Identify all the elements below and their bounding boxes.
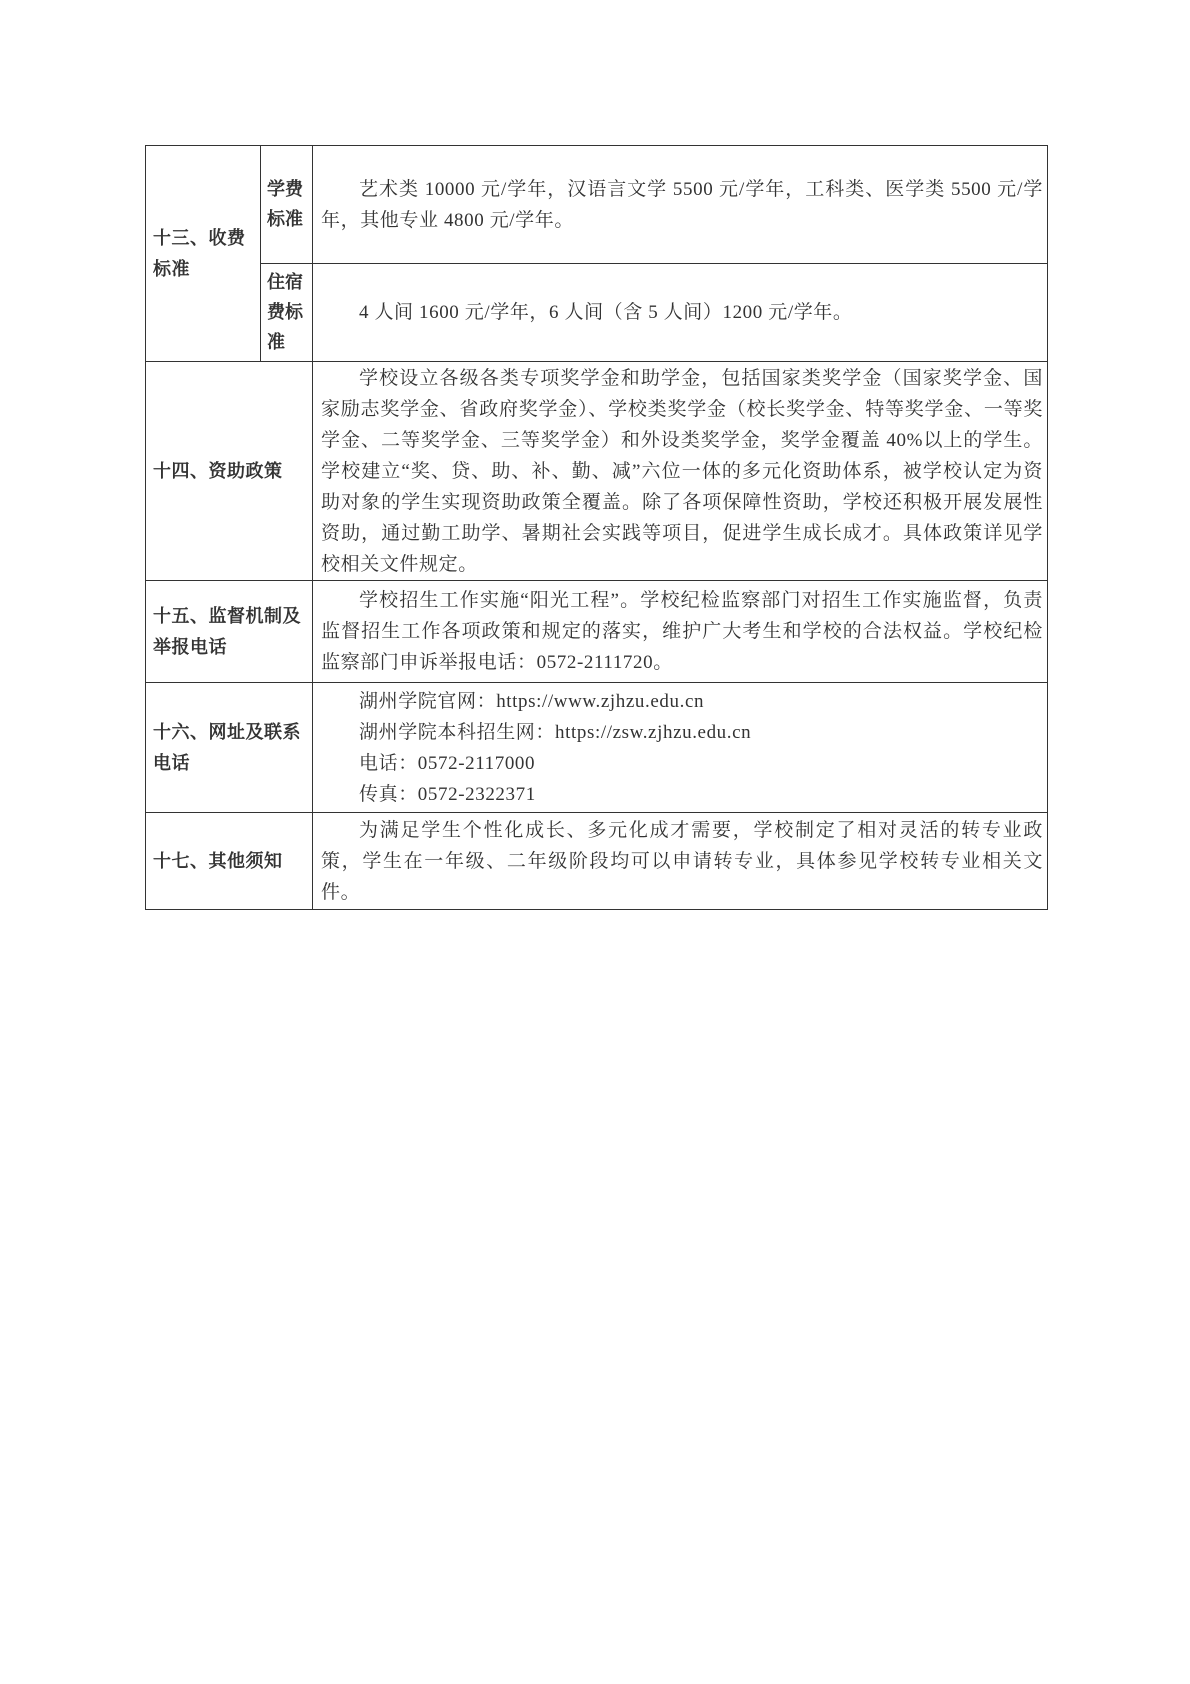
supervision-text: 学校招生工作实施“阳光工程”。学校纪检监察部门对招生工作实施监督，负责监督招生工… (321, 585, 1043, 678)
contact-content: 湖州学院官网：https://www.zjhzu.edu.cn 湖州学院本科招生… (313, 683, 1048, 813)
tuition-content: 艺术类 10000 元/学年，汉语言文学 5500 元/学年，工科类、医学类 5… (313, 146, 1048, 264)
other-content: 为满足学生个性化成长、多元化成才需要，学校制定了相对灵活的转专业政策，学生在一年… (313, 813, 1048, 910)
accommodation-content: 4 人间 1600 元/学年，6 人间（含 5 人间）1200 元/学年。 (313, 264, 1048, 362)
other-label: 十七、其他须知 (146, 813, 313, 910)
aid-text: 学校设立各级各类专项奖学金和助学金，包括国家类奖学金（国家奖学金、国家励志奖学金… (321, 363, 1043, 580)
accommodation-label: 住宿费标准 (261, 264, 313, 362)
supervision-label: 十五、监督机制及举报电话 (146, 581, 313, 683)
fees-label: 十三、收费标准 (146, 146, 261, 362)
admissions-info-table: 十三、收费标准 学费标准 艺术类 10000 元/学年，汉语言文学 5500 元… (145, 145, 1048, 910)
table-row-other: 十七、其他须知 为满足学生个性化成长、多元化成才需要，学校制定了相对灵活的转专业… (146, 813, 1048, 910)
table-row-contact: 十六、网址及联系电话 湖州学院官网：https://www.zjhzu.edu.… (146, 683, 1048, 813)
other-text: 为满足学生个性化成长、多元化成才需要，学校制定了相对灵活的转专业政策，学生在一年… (321, 815, 1043, 908)
table-row-fees-accommodation: 住宿费标准 4 人间 1600 元/学年，6 人间（含 5 人间）1200 元/… (146, 264, 1048, 362)
table-row-fees-tuition: 十三、收费标准 学费标准 艺术类 10000 元/学年，汉语言文学 5500 元… (146, 146, 1048, 264)
table-row-aid: 十四、资助政策 学校设立各级各类专项奖学金和助学金，包括国家类奖学金（国家奖学金… (146, 362, 1048, 581)
official-website-line: 湖州学院官网：https://www.zjhzu.edu.cn (321, 686, 1043, 717)
fax-line: 传真：0572-2322371 (321, 779, 1043, 810)
aid-content: 学校设立各级各类专项奖学金和助学金，包括国家类奖学金（国家奖学金、国家励志奖学金… (313, 362, 1048, 581)
accommodation-text: 4 人间 1600 元/学年，6 人间（含 5 人间）1200 元/学年。 (321, 297, 1043, 328)
table-row-supervision: 十五、监督机制及举报电话 学校招生工作实施“阳光工程”。学校纪检监察部门对招生工… (146, 581, 1048, 683)
document-page: 十三、收费标准 学费标准 艺术类 10000 元/学年，汉语言文学 5500 元… (0, 0, 1190, 1684)
contact-label: 十六、网址及联系电话 (146, 683, 313, 813)
supervision-content: 学校招生工作实施“阳光工程”。学校纪检监察部门对招生工作实施监督，负责监督招生工… (313, 581, 1048, 683)
admissions-website-line: 湖州学院本科招生网：https://zsw.zjhzu.edu.cn (321, 717, 1043, 748)
tuition-label: 学费标准 (261, 146, 313, 264)
tuition-text: 艺术类 10000 元/学年，汉语言文学 5500 元/学年，工科类、医学类 5… (321, 174, 1043, 236)
phone-line: 电话：0572-2117000 (321, 748, 1043, 779)
aid-label: 十四、资助政策 (146, 362, 313, 581)
